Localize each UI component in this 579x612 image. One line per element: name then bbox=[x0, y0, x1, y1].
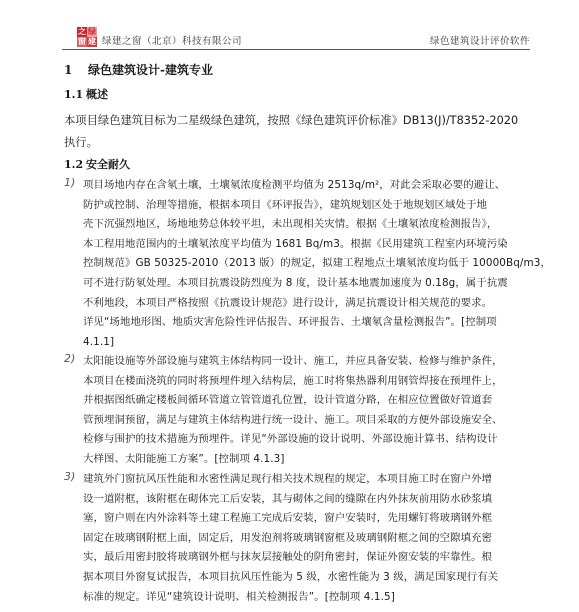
text-line: 壳下沉强烈地区，场地地势总体较平坦，未出现相关灾情。根据《土壤氡浓度检测报告》， bbox=[83, 215, 529, 235]
text-line: 实，最后用密封胶将玻璃钢外框与抹灰层接触处的阴角密封，保证外窗安装的牢靠性。根 bbox=[83, 548, 529, 568]
text-line: 本工程用地范围内的土壤氡浓度平均值为 1681 Bq/m3。根据《民用建筑工程室… bbox=[83, 235, 529, 255]
logo-char: 绿 bbox=[87, 27, 97, 37]
section-heading-1-2: 1.2安全耐久 bbox=[64, 156, 130, 172]
list-marker: 2) bbox=[64, 352, 75, 365]
list-item-text: 项目场地内存在含氡土壤，土壤氡浓度检测平均值为 2513q/m²，对此会采取必要… bbox=[83, 176, 529, 352]
logo-char: 建 bbox=[87, 37, 97, 47]
text-line: 本项目在楼面浇筑的同时将预埋件埋入结构层，施工时将集热器利用钢管焊接在预埋件上， bbox=[83, 372, 529, 392]
section-title: 安全耐久 bbox=[86, 158, 130, 171]
logo-char: 之 bbox=[77, 27, 87, 37]
section-number: 1.1 bbox=[64, 88, 86, 101]
text-line: 不利地段，本项目严格按照《抗震设计规范》进行设计，满足抗震设计相关规范的要求。 bbox=[83, 294, 529, 314]
list-marker: 3) bbox=[64, 470, 75, 483]
page-header: 之 绿 窗 建 绿建之窗（北京）科技有限公司 绿色建筑设计评价软件 bbox=[62, 27, 470, 51]
text-line: 据本项目外窗复试报告，本项目抗风压性能为 5 级，水密性能为 3 级，满足国家现… bbox=[83, 568, 529, 588]
software-name: 绿色建筑设计评价软件 bbox=[430, 33, 530, 47]
section-heading-1: 1绿色建筑设计-建筑专业 bbox=[64, 61, 213, 78]
overview-paragraph: 本项目绿色建筑目标为二星级绿色建筑，按照《绿色建筑评价标准》DB13(J)/T8… bbox=[64, 110, 534, 154]
text-line: 塞，窗户则在内外涂料等土建工程施工完成后安装，窗户安装时，先用螺钉将玻璃钢外框 bbox=[83, 509, 529, 529]
document-page: 之 绿 窗 建 绿建之窗（北京）科技有限公司 绿色建筑设计评价软件 1绿色建筑设… bbox=[0, 0, 579, 612]
header-divider bbox=[62, 49, 530, 50]
section-title: 概述 bbox=[86, 88, 108, 101]
text-line: 本项目绿色建筑目标为二星级绿色建筑，按照《绿色建筑评价标准》DB13(J)/T8… bbox=[64, 110, 534, 132]
section-number: 1 bbox=[64, 63, 88, 77]
text-line: 建筑外门窗抗风压性能和水密性满足现行相关技术规程的规定，本项目施工时在窗户外增 bbox=[83, 470, 529, 490]
list-item-text: 建筑外门窗抗风压性能和水密性满足现行相关技术规程的规定，本项目施工时在窗户外增 … bbox=[83, 470, 529, 607]
list-marker: 1) bbox=[64, 176, 75, 189]
text-line: 项目场地内存在含氡土壤，土壤氡浓度检测平均值为 2513q/m²，对此会采取必要… bbox=[83, 176, 529, 196]
logo-char: 窗 bbox=[77, 37, 87, 47]
text-line: 标准的规定。详见“建筑设计说明、相关检测报告”。[控制项 4.1.5] bbox=[83, 588, 529, 608]
section-title: 绿色建筑设计-建筑专业 bbox=[88, 63, 213, 77]
company-name: 绿建之窗（北京）科技有限公司 bbox=[102, 33, 242, 47]
text-line: 防护或控制、治理等措施，根据本项目《环评报告》，建筑规划区处于地规划区域处于地 bbox=[83, 196, 529, 216]
text-line: 固定在玻璃钢附框上面，固定后，用发泡剂将玻璃钢窗框及玻璃钢附框之间的空隙填充密 bbox=[83, 529, 529, 549]
text-line: 控制规范》GB 50325-2010（2013 版）的规定，拟建工程地点土壤氡浓… bbox=[83, 254, 529, 274]
text-line: 大样图、太阳能施工方案”。[控制项 4.1.3] bbox=[83, 450, 529, 470]
text-line: 太阳能设施等外部设施与建筑主体结构同一设计、施工，并应具备安装、检修与维护条件， bbox=[83, 352, 529, 372]
text-line: 详见“场地地形图、地质灾害危险性评估报告、环评报告、土壤氡含量检测报告”。[控制… bbox=[83, 313, 529, 333]
section-heading-1-1: 1.1概述 bbox=[64, 86, 108, 102]
text-line: 设一道附框，该附框在砌体完工后安装，其与砌体之间的缝隙在内外抹灰前用防水砂浆填 bbox=[83, 490, 529, 510]
text-line: 并根据图纸确定楼板间循环管道立管管道孔位置，设计管道分路，在相应位置做好管道套 bbox=[83, 391, 529, 411]
company-logo-icon: 之 绿 窗 建 bbox=[77, 27, 97, 47]
list-item-text: 太阳能设施等外部设施与建筑主体结构同一设计、施工，并应具备安装、检修与维护条件，… bbox=[83, 352, 529, 470]
text-line: 4.1.1] bbox=[83, 333, 529, 353]
text-line: 执行。 bbox=[64, 132, 534, 154]
text-line: 管预埋洞预留，满足与建筑主体结构进行统一设计、施工。项目采取的方便外部设施安全、 bbox=[83, 411, 529, 431]
text-line: 检修与围护的技术措施为预埋件。详见“外部设施的设计说明、外部设施计算书、结构设计 bbox=[83, 430, 529, 450]
text-line: 可不进行防氡处理。本项目抗震设防烈度为 8 度，设计基本地震加速度为 0.18g… bbox=[83, 274, 529, 294]
section-number: 1.2 bbox=[64, 158, 86, 171]
